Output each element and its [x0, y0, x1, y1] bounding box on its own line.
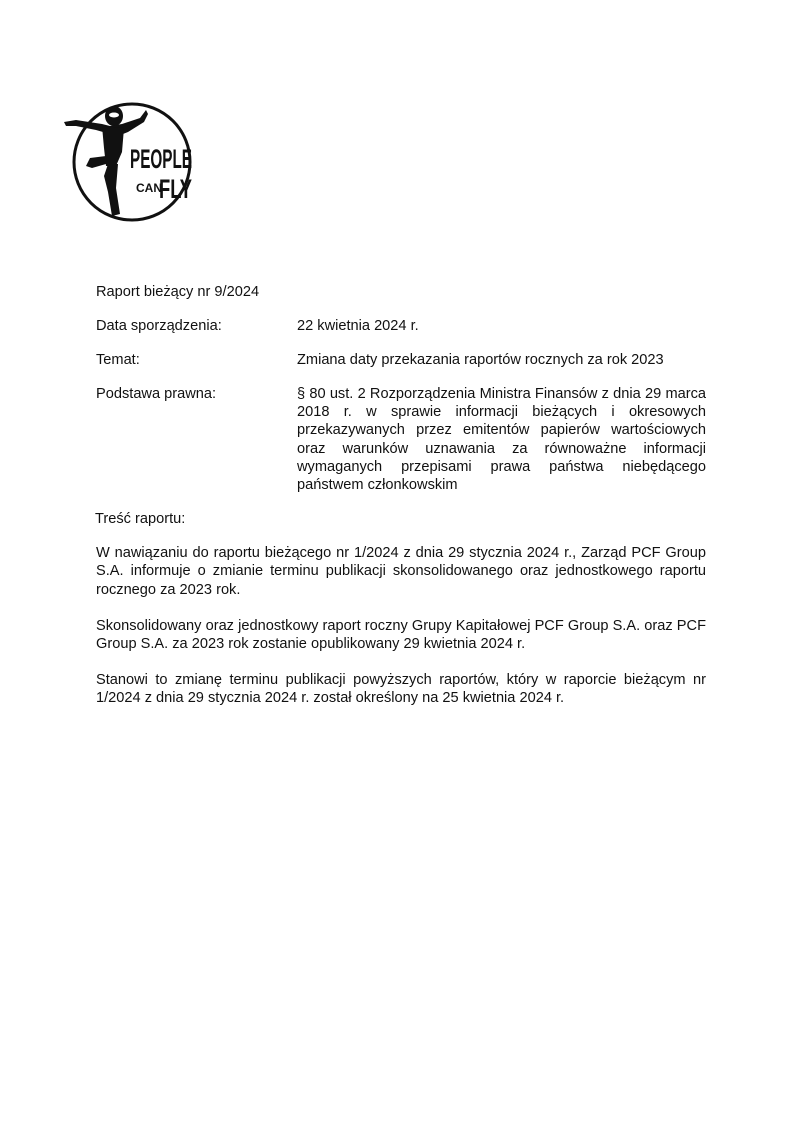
meta-value: 22 kwietnia 2024 r.	[297, 317, 706, 335]
meta-label: Podstawa prawna:	[96, 385, 297, 494]
meta-value: Zmiana daty przekazania raportów rocznyc…	[297, 351, 706, 369]
svg-text:PEOPLE: PEOPLE	[130, 144, 192, 174]
company-logo: PEOPLE CAN FLY	[62, 96, 197, 226]
meta-row-legal-basis: Podstawa prawna: § 80 ust. 2 Rozporządze…	[96, 385, 706, 494]
meta-row-subject: Temat: Zmiana daty przekazania raportów …	[96, 351, 706, 369]
meta-value: § 80 ust. 2 Rozporządzenia Ministra Fina…	[297, 385, 706, 494]
meta-row-date: Data sporządzenia: 22 kwietnia 2024 r.	[96, 317, 706, 335]
meta-label: Data sporządzenia:	[96, 317, 297, 335]
people-can-fly-logo-icon: PEOPLE CAN FLY	[62, 96, 197, 226]
report-title: Raport bieżący nr 9/2024	[96, 283, 706, 301]
paragraph: Stanowi to zmianę terminu publikacji pow…	[96, 671, 706, 707]
content-heading: Treść raportu:	[95, 510, 706, 528]
svg-text:FLY: FLY	[159, 174, 192, 204]
paragraph: W nawiązaniu do raportu bieżącego nr 1/2…	[96, 544, 706, 599]
meta-label: Temat:	[96, 351, 297, 369]
report-content: Raport bieżący nr 9/2024 Data sporządzen…	[96, 283, 706, 726]
paragraph: Skonsolidowany oraz jednostkowy raport r…	[96, 617, 706, 653]
